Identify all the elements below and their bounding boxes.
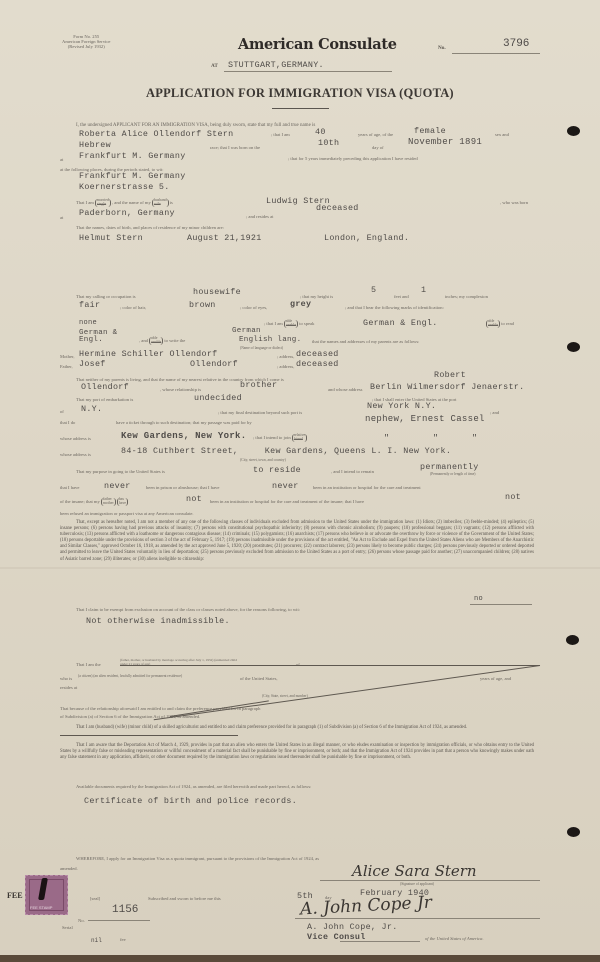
eye-color: grey: [290, 299, 311, 309]
marks-label: ; and that I bear the following marks of…: [345, 305, 444, 310]
occupation: housewife: [193, 287, 241, 297]
exclusion-answer-line: [470, 604, 532, 605]
parent-options: fathermother: [101, 498, 116, 506]
has-options: hashave: [117, 498, 128, 506]
relationship-label: , whose relationship is: [160, 387, 201, 392]
remain-sublabel: (Permanently or length of time): [430, 472, 476, 476]
number-underline: [452, 53, 540, 54]
fee-stamp: FEE STAMP: [25, 875, 68, 915]
join-line: ; that I intend to join relativefriend: [253, 434, 307, 442]
relationship: brother: [240, 380, 277, 390]
ticket-text: have a ticket through to such destinatio…: [116, 420, 252, 425]
of-us-label: of the United States,: [240, 676, 278, 681]
spouse-residence: deceased: [316, 203, 359, 213]
complexion: fair: [79, 300, 100, 310]
child-name: Helmut Stern: [79, 233, 143, 243]
applicant-sex: female: [414, 126, 446, 136]
of-us-america: of the United States of America.: [425, 936, 484, 941]
remain-duration: permanently: [420, 462, 479, 472]
signature-sublabel: (Signature of applicant): [400, 882, 434, 886]
exempt-label: That I claim to be exempt from exclusion…: [76, 607, 300, 612]
visa-application-document: Form No. 255 American Foreign Service (R…: [0, 0, 600, 955]
father-name: Josef: [79, 359, 106, 369]
no-label: No.: [438, 45, 446, 51]
parents-insane-answer: not: [186, 494, 202, 504]
resides-label: ; and resides at: [246, 214, 273, 219]
document-title: APPLICATION FOR IMMIGRATION VISA (QUOTA): [146, 86, 454, 101]
fee-margin-text: FEE: [7, 891, 23, 900]
day-of-label: day of: [372, 145, 384, 150]
form-number-block: Form No. 255 American Foreign Service (R…: [62, 35, 110, 49]
prison-text: been in prison or almshouse; that I have: [146, 485, 219, 490]
at-label: AT: [211, 63, 218, 69]
write-language-correction: German: [232, 327, 261, 335]
documents-list: Certificate of birth and police records.: [84, 796, 297, 806]
refused-answer: not: [505, 492, 521, 502]
write-language: English lang.: [239, 336, 301, 344]
spouse-birthplace: Paderborn, Germany: [79, 208, 175, 218]
punch-hole: [567, 827, 580, 837]
father-surname: Ollendorf: [190, 359, 238, 369]
spouse-at-label: at: [60, 215, 63, 220]
entry-port: N.Y.: [81, 404, 102, 414]
identification-marks: none: [79, 319, 97, 327]
read-line: ableunable to read: [486, 320, 514, 328]
service-no-label: No.: [78, 918, 85, 923]
citizen-options: (a citizen) (an alien resident, lawfully…: [78, 674, 182, 678]
strike-line-1: [120, 665, 540, 666]
speak-line: ; that I am ableunable to speak: [264, 320, 314, 328]
applicant-age: 40: [315, 127, 326, 137]
institution-text: been in an institution or hospital for t…: [313, 485, 421, 490]
spouse-name-label: , and the name of my: [112, 200, 151, 205]
applicant-signature: Alice Sara Stern: [352, 862, 477, 880]
join-address-label: whose address is: [60, 452, 91, 457]
parents-insane-line: of the insane; that my fathermother hash…: [60, 498, 128, 506]
purpose: to reside: [253, 465, 301, 475]
consulate-location: STUTTGART,GERMANY.: [228, 60, 324, 70]
relative-address: Berlin Wilmersdorf Jenaerstr.: [370, 382, 524, 392]
residence-line-2: Koernerstrasse 5.: [79, 182, 170, 192]
father-address: deceased: [296, 359, 339, 369]
citizen-label: who is: [60, 676, 72, 681]
refused-text: been refused an immigration or passport …: [60, 511, 194, 516]
who-was-born-label: , who was born: [500, 200, 528, 205]
fee-amount: nil: [91, 937, 102, 944]
payer-address: Kew Gardens, New York.: [121, 431, 246, 441]
join-address: 84-18 Cuthbert Street, Kew Gardens, Quee…: [121, 446, 451, 456]
write-sublabel: (Name of language or dialect): [240, 346, 283, 350]
speak-languages: German & Engl.: [363, 318, 438, 328]
exclusion-answer: no: [474, 595, 483, 603]
birth-place: Frankfurt M. Germany: [79, 151, 186, 161]
residence-line-1: Frankfurt M. Germany: [79, 171, 186, 181]
relative-address-label: and whose address: [328, 387, 362, 392]
height-inches: 1: [421, 285, 426, 295]
marital-line: That I am marriedsingle , and the name o…: [76, 199, 173, 207]
eyes-label: ; color of eyes,: [240, 305, 267, 310]
hair-label: ; color of hair,: [120, 305, 146, 310]
applicant-race: Hebrew: [79, 140, 111, 150]
embark-port: undecided: [194, 393, 242, 403]
deportation-text: That I am aware that the Deportation Act…: [60, 743, 534, 761]
destination-label: ; that my final destination beyond such …: [218, 410, 302, 415]
father-address-label: ; address,: [277, 364, 294, 369]
relative-first-name: Robert: [434, 370, 466, 380]
prison-answer: never: [104, 481, 131, 491]
birthplace-at-label: at: [60, 157, 63, 162]
birth-month-year: November 1891: [408, 137, 482, 147]
payer-address-label: whose address is: [60, 436, 91, 441]
passage-paid-by: nephew, Ernest Cassel: [365, 414, 485, 424]
application-number: 3796: [503, 38, 529, 50]
hair-color: brown: [189, 300, 216, 310]
child-birth-date: August 21,1921: [187, 233, 262, 243]
have-label: that I have: [60, 485, 79, 490]
is-label: is: [170, 200, 173, 205]
serial-label: Serial: [62, 925, 73, 930]
birth-day: 10th: [318, 138, 339, 148]
father-label: Father,: [60, 364, 73, 369]
consul-signature-line: [295, 918, 540, 919]
occupation-label: That my calling or occupation is: [76, 294, 136, 299]
preference-resides-label: resides at: [60, 685, 77, 690]
punch-hole: [567, 342, 580, 352]
purpose-label: That my purpose in going to the United S…: [76, 469, 165, 474]
sworn-text: Subscribed and sworn to before me this: [148, 896, 221, 901]
years-of-age-label: years of age, and: [480, 676, 511, 681]
sex-label: sex and: [495, 132, 509, 137]
desk-edge: [0, 955, 600, 962]
marital-status-options: marriedsingle: [95, 199, 111, 207]
strike-line-2: [154, 665, 540, 720]
seal-label: [seal]: [90, 896, 100, 901]
write-able-options: ableunable: [149, 337, 163, 345]
embark-label: That my port of embarkation is: [76, 397, 133, 402]
parents-label: that the names and addresses of my paren…: [312, 339, 419, 344]
relative-last-name: Ollendorf: [81, 382, 129, 392]
ditto-mark-2: ": [433, 433, 438, 443]
final-destination: New York N.Y.: [367, 401, 436, 411]
consul-title-line: [340, 941, 420, 942]
title-rule: [272, 108, 329, 109]
that-i-am-label: That I am: [76, 200, 94, 205]
strike-line-4: [60, 735, 238, 736]
years-label: years of age, of the: [358, 132, 393, 137]
punch-hole: [567, 126, 580, 136]
ditto-mark-1: ": [384, 433, 389, 443]
ditto-mark-3: ": [472, 433, 477, 443]
mother-label: Mother,: [60, 354, 75, 359]
join-address-sublabel: (City, street, town, and country): [240, 458, 286, 462]
write-line: , and ableunable to write the: [139, 337, 185, 345]
intro-text: I, the undersigned APPLICANT FOR AN IMMI…: [76, 123, 315, 128]
service-number: 1156: [112, 904, 138, 916]
form-revised: (Revised July 1932): [62, 45, 110, 50]
speak-able-options: ableunable: [284, 320, 298, 328]
consul-signature: A. John Cope Jr: [300, 893, 433, 920]
agriculturist-text: That I am (husband) (wife) (minor child)…: [60, 725, 534, 731]
feet-label: feet and: [394, 294, 409, 299]
read-languages-2: Engl.: [79, 336, 103, 344]
age-label: ; that I am: [271, 132, 290, 137]
port-of-label: of: [60, 409, 64, 414]
parents-insane-text: been in an institution or hospital for t…: [210, 499, 364, 504]
fee-label: fee: [120, 937, 126, 942]
mother-name: Hermine Schiller Ollendorf: [79, 349, 217, 359]
read-able-options: ableunable: [486, 320, 500, 328]
service-no-line: [88, 920, 150, 921]
born-label: race; that I was born on the: [210, 145, 260, 150]
height-feet: 5: [371, 285, 376, 295]
relation-label: That I am the: [76, 662, 101, 667]
consul-name: A. John Cope, Jr.: [307, 922, 398, 932]
applicant-signature-line: [320, 880, 540, 881]
applicant-full-name: Roberta Alice Ollendorf Stern: [79, 129, 233, 139]
punch-hole: [566, 635, 579, 645]
and-label: ; and: [490, 410, 499, 415]
join-options: relativefriend: [292, 434, 307, 442]
ticket-label: that I do: [60, 420, 75, 425]
preference-address-sublabel: (City, State, street, and number): [262, 694, 308, 698]
mother-address-label: ; address,: [277, 354, 294, 359]
exempt-answer: Not otherwise inadmissible.: [86, 616, 230, 626]
remain-label: , and I intend to remain: [331, 469, 374, 474]
mother-address: deceased: [296, 349, 339, 359]
consulate-title: American Consulate: [238, 36, 397, 53]
location-underline: [224, 71, 392, 72]
inches-label: inches; my complexion: [445, 294, 488, 299]
residence-text: ; that for 5 years immediately preceding…: [288, 156, 418, 161]
institution-answer: never: [272, 481, 299, 491]
children-label: That the names, dates of birth, and plac…: [76, 225, 224, 230]
amended-label: amended.: [60, 866, 78, 871]
spouse-options: husbandwife: [152, 199, 169, 207]
documents-label: Available documents required by the Immi…: [76, 784, 311, 789]
child-residence: London, England.: [324, 233, 409, 243]
exclusion-paragraph: That, except as hereafter noted, I am no…: [60, 520, 534, 563]
wherefore-text: WHEREFORE, I apply for an Immigration Vi…: [76, 856, 319, 861]
